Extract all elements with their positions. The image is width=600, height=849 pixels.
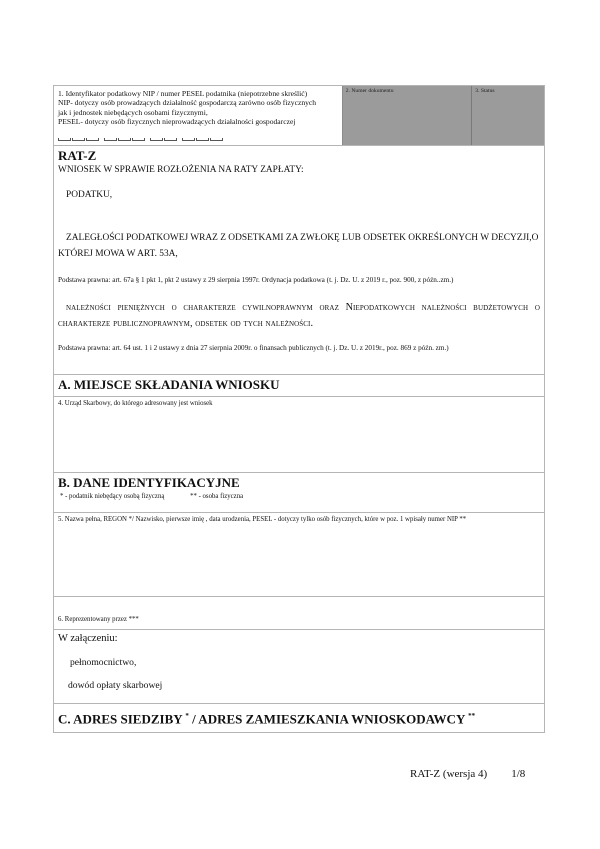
section-b-header: B. DANE IDENTYFIKACYJNE * - podatnik nie… bbox=[54, 473, 544, 513]
form-header: RAT-Z WNIOSEK W SPRAWIE ROZŁOŻENIA NA RA… bbox=[54, 146, 544, 375]
field-1-nip-pesel[interactable]: 1. Identyfikator podatkowy NIP / numer P… bbox=[54, 86, 342, 145]
footnote-marker-2: ** bbox=[468, 712, 475, 720]
attachments-block: W załączeniu: pełnomocnictwo, dowód opła… bbox=[54, 630, 544, 704]
field-5-label: 5. Nazwa pełna, REGON */ Nazwisko, pierw… bbox=[54, 513, 544, 528]
nip-digit-box[interactable] bbox=[164, 138, 177, 141]
section-c-header: C. ADRES SIEDZIBY * / ADRES ZAMIESZKANIA… bbox=[54, 704, 544, 732]
field-2-label: 2. Numer dokumentu bbox=[346, 88, 394, 94]
field-1-label-line-3: jak i jednostek niebędących osobami fizy… bbox=[58, 108, 338, 117]
option-tax-arrears[interactable]: ZALEGŁOŚCI PODATKOWEJ WRAZ Z ODSETKAMI Z… bbox=[58, 230, 540, 262]
nip-digit-box[interactable] bbox=[72, 138, 85, 141]
form-code: RAT-Z bbox=[58, 149, 540, 163]
section-a-header: A. MIEJSCE SKŁADANIA WNIOSKU bbox=[54, 375, 544, 397]
nip-digit-box[interactable] bbox=[182, 138, 195, 141]
field-1-label-line-2: NIP- dotyczy osób prowadzących działalno… bbox=[58, 98, 338, 107]
legal-basis-tax-ordinance: Podstawa prawna: art. 67a § 1 pkt 1, pkt… bbox=[58, 276, 540, 286]
field-3-status: 3. Status bbox=[471, 86, 544, 145]
nip-digit-box[interactable] bbox=[210, 138, 223, 141]
field-4-label: 4. Urząd Skarbowy, do którego adresowany… bbox=[54, 397, 544, 412]
nip-digit-box[interactable] bbox=[150, 138, 163, 141]
note-non-natural-person: * - podatnik niebędący osobą fizyczną bbox=[60, 493, 164, 500]
section-c-title-part-1: C. ADRES SIEDZIBY bbox=[58, 712, 185, 727]
attachments-title: W załączeniu: bbox=[58, 632, 540, 645]
form-version: RAT-Z (wersja 4) bbox=[410, 768, 487, 780]
field-1-label-line-4: PESEL- dotyczy osób fizycznych nieprowad… bbox=[58, 117, 338, 126]
section-c-title-part-2: / ADRES ZAMIESZKANIA WNIOSKODAWCY bbox=[189, 712, 468, 727]
nip-digit-boxes[interactable] bbox=[58, 138, 224, 141]
field-5-name-identification[interactable]: 5. Nazwa pełna, REGON */ Nazwisko, pierw… bbox=[54, 513, 544, 597]
section-c-title: C. ADRES SIEDZIBY * / ADRES ZAMIESZKANIA… bbox=[54, 706, 479, 729]
field-2-document-number: 2. Numer dokumentu bbox=[342, 86, 471, 145]
option-tax[interactable]: PODATKU, bbox=[66, 190, 540, 200]
identification-row: 1. Identyfikator podatkowy NIP / numer P… bbox=[54, 86, 544, 146]
page-footer: RAT-Z (wersja 4) 1/8 bbox=[410, 768, 525, 780]
attachment-stamp-duty-proof[interactable]: dowód opłaty skarbowej bbox=[68, 680, 540, 692]
section-b-notes: * - podatnik niebędący osobą fizyczną **… bbox=[54, 493, 544, 501]
section-a-title: A. MIEJSCE SKŁADANIA WNIOSKU bbox=[54, 375, 544, 395]
nip-digit-box[interactable] bbox=[132, 138, 145, 141]
section-b-title: B. DANE IDENTYFIKACYJNE bbox=[54, 473, 544, 493]
field-6-label: 6. Reprezentowany przez *** bbox=[54, 613, 143, 628]
legal-basis-public-finance: Podstawa prawna: art. 64 ust. 1 i 2 usta… bbox=[58, 344, 540, 353]
field-4-tax-office[interactable]: 4. Urząd Skarbowy, do którego adresowany… bbox=[54, 397, 544, 473]
nip-digit-box[interactable] bbox=[86, 138, 99, 141]
page-number: 1/8 bbox=[511, 768, 525, 780]
nip-digit-box[interactable] bbox=[118, 138, 131, 141]
field-3-label: 3. Status bbox=[475, 88, 494, 94]
field-1-label-line-1: 1. Identyfikator podatkowy NIP / numer P… bbox=[58, 89, 338, 98]
field-6-represented-by[interactable]: 6. Reprezentowany przez *** bbox=[54, 597, 544, 630]
nip-digit-box[interactable] bbox=[196, 138, 209, 141]
nip-digit-box[interactable] bbox=[104, 138, 117, 141]
nip-digit-box[interactable] bbox=[58, 138, 71, 141]
note-natural-person: ** - osoba fizyczna bbox=[190, 493, 243, 500]
rat-z-form: 1. Identyfikator podatkowy NIP / numer P… bbox=[53, 85, 545, 733]
attachment-power-of-attorney[interactable]: pełnomocnictwo, bbox=[70, 657, 540, 669]
option-non-tax-receivables[interactable]: należności pieniężnych o charakterze cyw… bbox=[58, 300, 540, 333]
form-title: WNIOSEK W SPRAWIE ROZŁOŻENIA NA RATY ZAP… bbox=[58, 164, 540, 176]
